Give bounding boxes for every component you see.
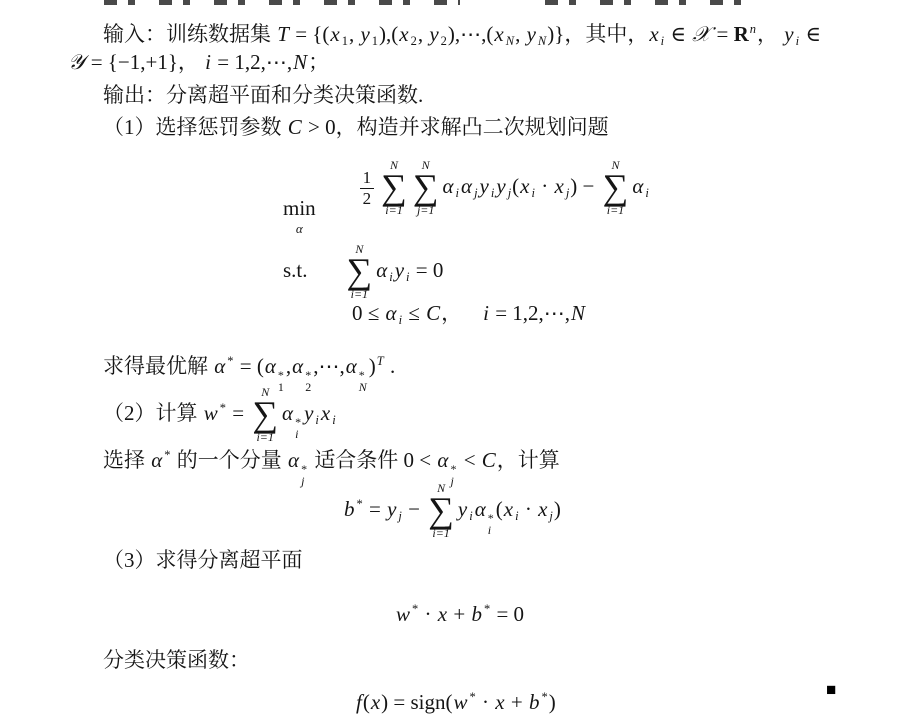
constraint-formula-2: 0 ≤ αi ≤ C，i = 1,2,⋯,N [352, 296, 586, 337]
textbook-page: 输入：训练数据集 T = {(x1, y1),(x2, y2),⋯,(xN, y… [0, 0, 898, 720]
step-3-heading: （3）求得分离超平面 [103, 543, 303, 577]
cropped-text-fragments [545, 0, 758, 5]
cropped-text-fragments [104, 0, 460, 5]
algorithm-output-line: 输出：分离超平面和分类决策函数. [103, 78, 423, 112]
algorithm-input-line-2: 𝒴 = {−1,+1}， i = 1,2,⋯,N； [67, 45, 329, 79]
step-1-heading: （1）选择惩罚参数 C > 0，构造并求解凸二次规划问题 [103, 110, 609, 144]
end-of-algorithm-marker: ■ [826, 681, 836, 698]
decision-function-formula: f(x) = sign(w* · x + b*) [355, 680, 556, 719]
hyperplane-formula: w* · x + b* = 0 [395, 592, 524, 631]
b-star-formula: b* = yj − N∑i=1yiα*i(xi · xj) [343, 472, 561, 548]
decision-function-label: 分类决策函数： [103, 643, 250, 677]
objective-formula: minα12N∑i=1N∑j=1αiαjyiyj(xi · xj) − N∑i=… [283, 150, 650, 235]
